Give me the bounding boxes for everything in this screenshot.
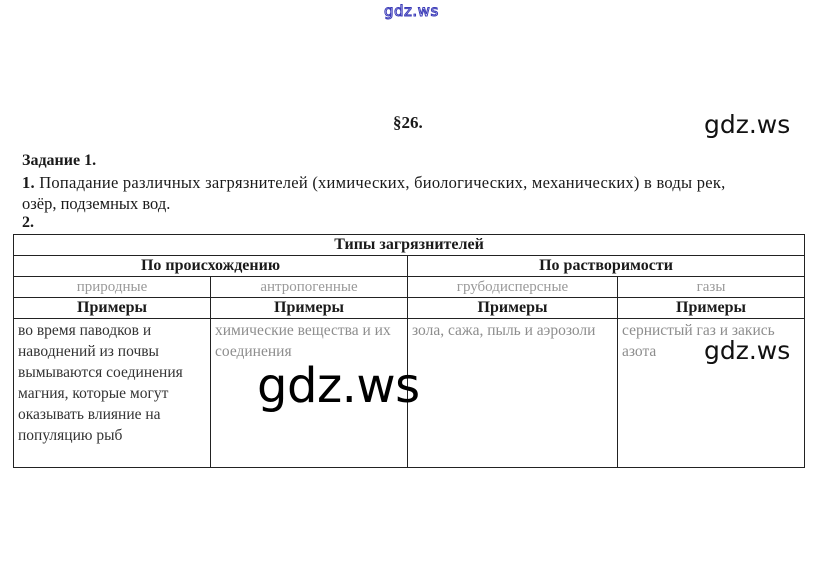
type-natural: природные <box>14 277 211 298</box>
task-item-2-number: 2. <box>22 214 34 232</box>
examples-header: Примеры <box>211 298 408 319</box>
examples-header: Примеры <box>408 298 618 319</box>
examples-header: Примеры <box>618 298 805 319</box>
type-gases: газы <box>618 277 805 298</box>
watermark-right: gdz.ws <box>704 110 790 139</box>
task-item-1: 1. Попадание различных загрязнителей (хи… <box>22 173 725 193</box>
example-coarse-dispersed: зола, сажа, пыль и аэрозоли <box>408 319 618 468</box>
watermark-middle: gdz.ws <box>704 336 790 365</box>
examples-header: Примеры <box>14 298 211 319</box>
group-origin: По происхождению <box>14 256 408 277</box>
task-item-1-continued: озёр, подземных вод. <box>22 194 170 214</box>
table-title: Типы загрязнителей <box>14 235 805 256</box>
example-natural: во время паводков и наводнений из почвы … <box>14 319 211 468</box>
section-number: §26. <box>393 113 423 133</box>
item-text: Попадание различных загрязнителей (химич… <box>35 173 726 192</box>
group-solubility: По растворимости <box>408 256 805 277</box>
watermark-big: gdz.ws <box>257 358 420 414</box>
task-title: Задание 1. <box>22 152 96 170</box>
type-coarse-dispersed: грубодисперсные <box>408 277 618 298</box>
pollutant-types-table: Типы загрязнителей По происхождению По р… <box>13 234 805 468</box>
type-anthropogenic: антропогенные <box>211 277 408 298</box>
item-number: 1. <box>22 173 35 192</box>
watermark-top: gdz.ws <box>384 2 439 20</box>
